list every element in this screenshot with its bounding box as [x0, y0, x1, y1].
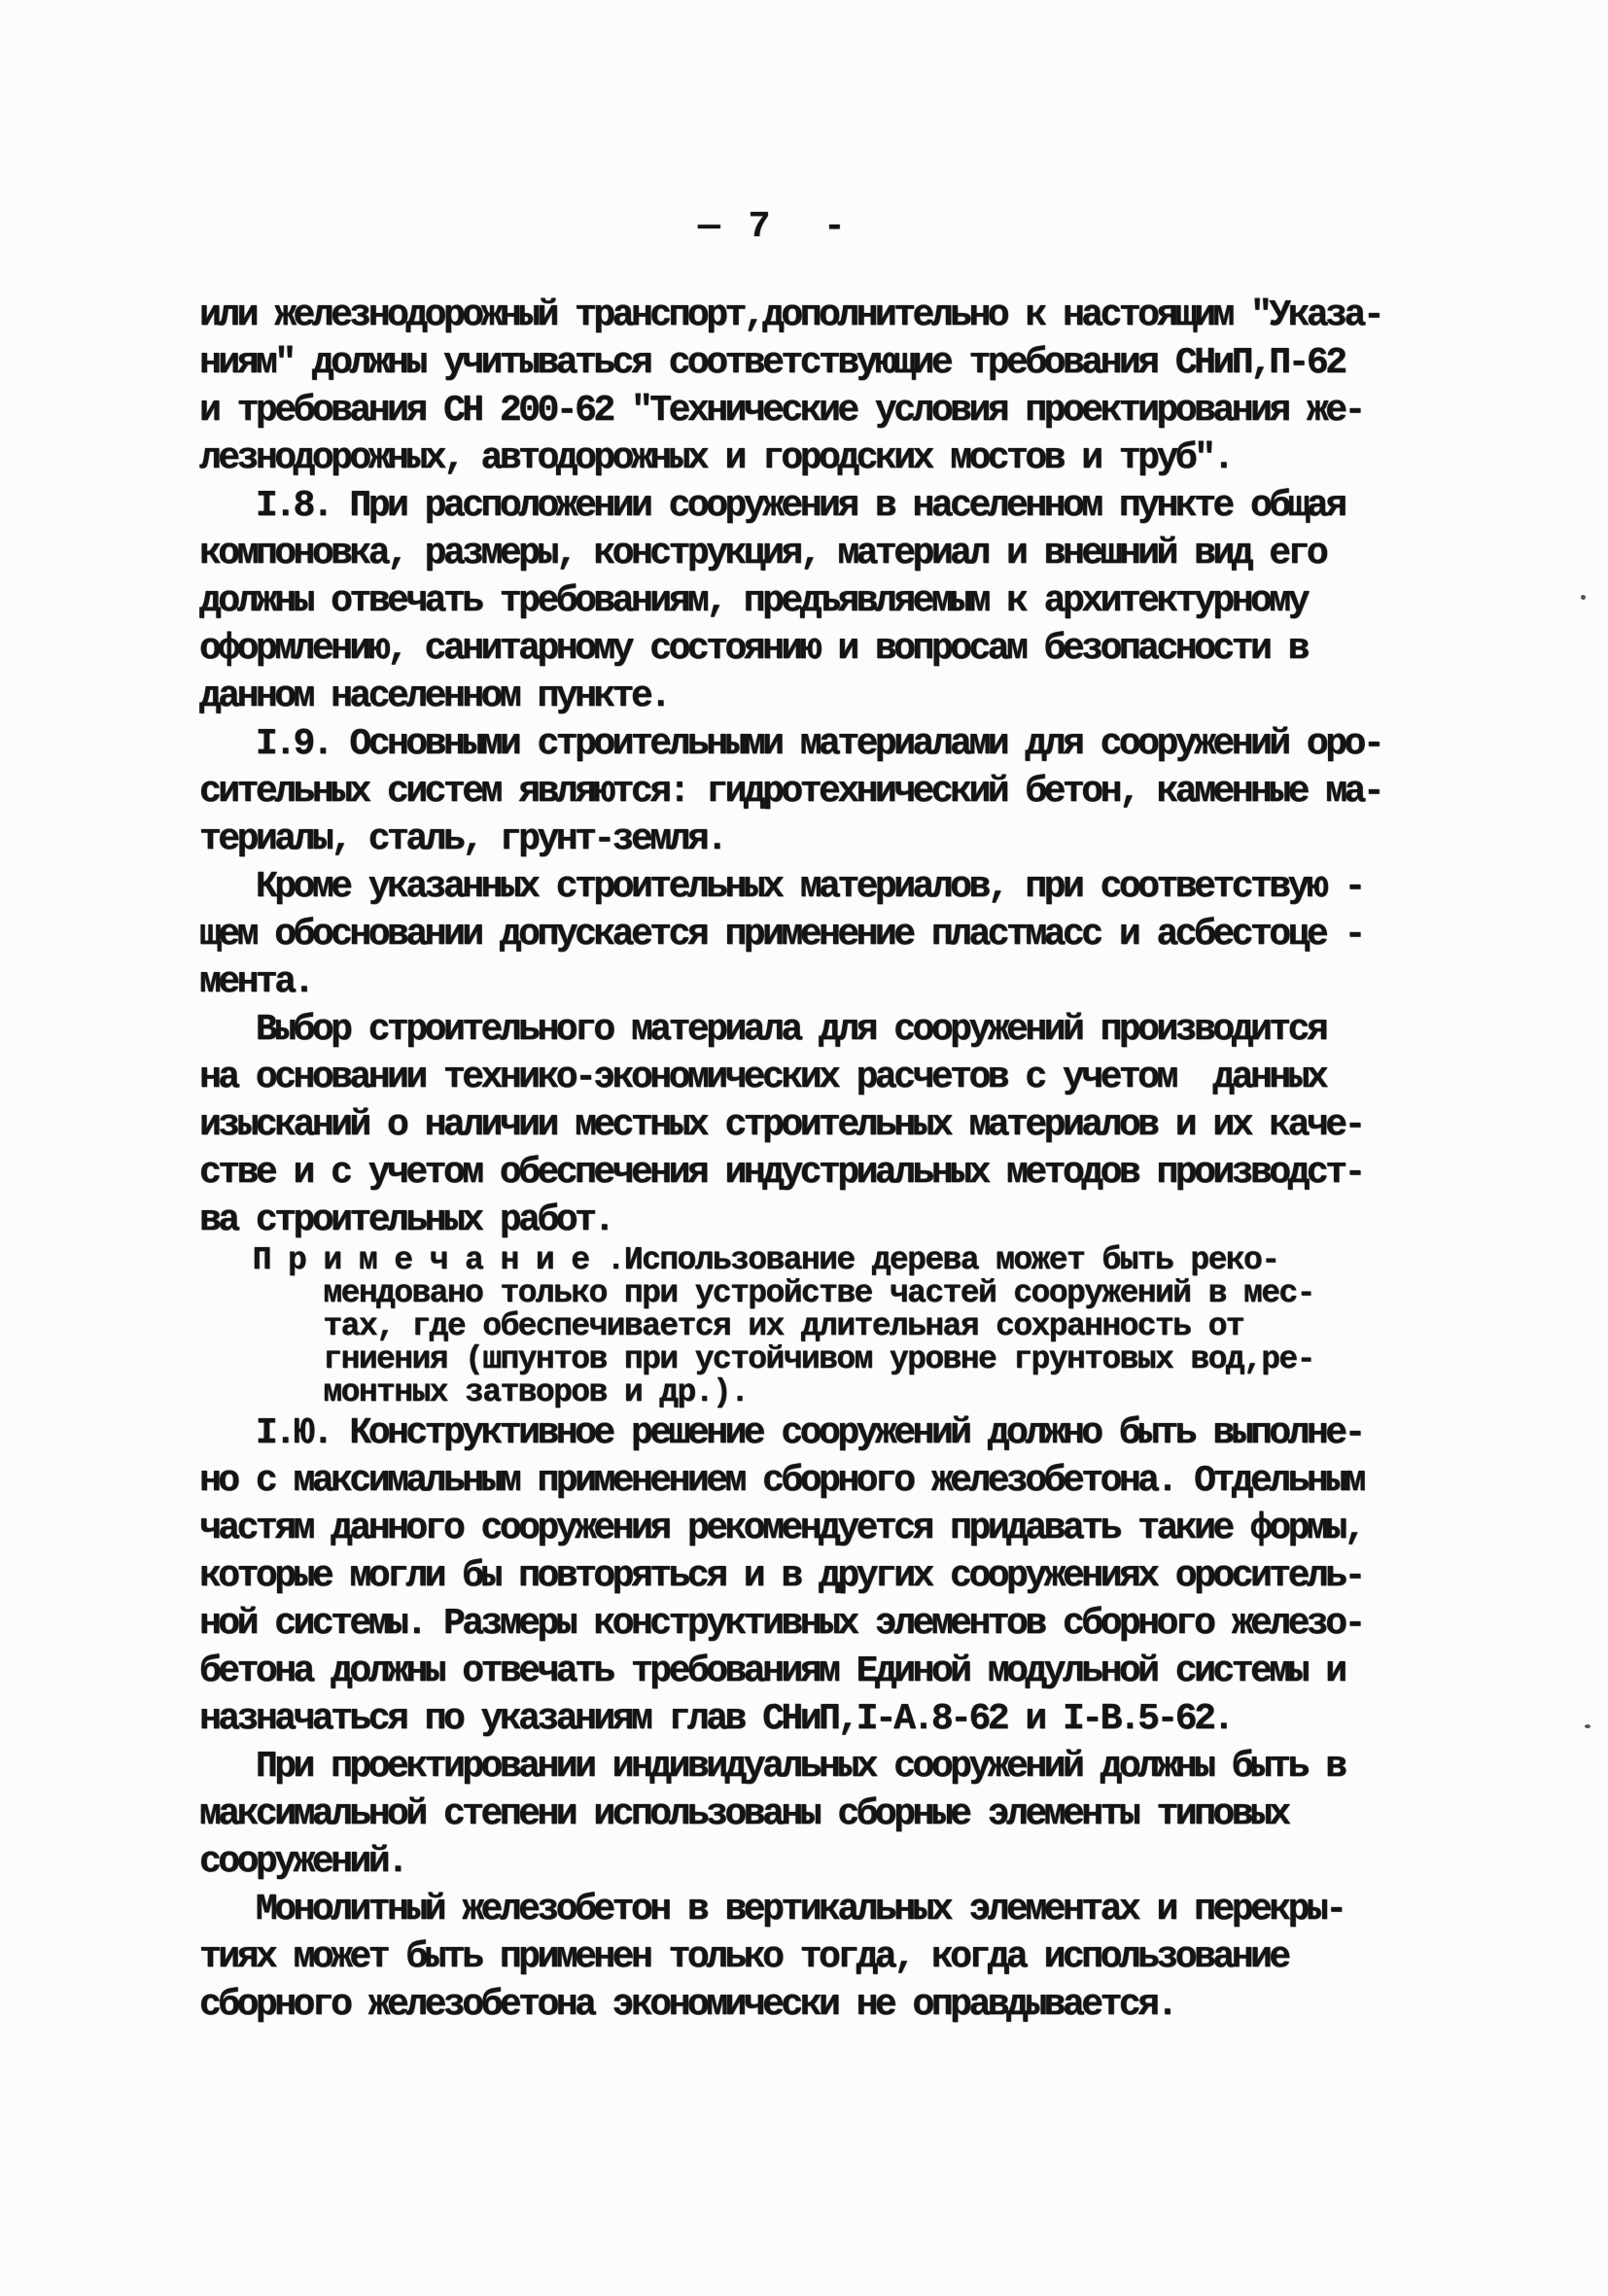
text-line: сительных систем являются: гидротехничес…	[199, 768, 1473, 816]
text-line: I.8. При расположении сооружения в насел…	[199, 482, 1473, 530]
scan-speck	[1581, 595, 1586, 600]
text-line: Выбор строительного материала для сооруж…	[199, 1006, 1473, 1054]
text-line: данном населенном пункте.	[199, 673, 1473, 720]
text-line: Кроме указанных строительных материалов,…	[199, 863, 1473, 911]
text-line: должны отвечать требованиям, предъявляем…	[199, 577, 1473, 625]
text-line: компоновка, размеры, конструкция, матери…	[199, 530, 1473, 577]
note-line: мендовано только при устройстве частей с…	[199, 1277, 1473, 1310]
text-line: Монолитный железобетон в вертикальных эл…	[199, 1886, 1473, 1933]
note-line: гниения (шпунтов при устойчивом уровне г…	[199, 1343, 1473, 1376]
text-line: тиях может быть применен только тогда, к…	[199, 1933, 1473, 1981]
text-line: назначаться по указаниям глав СНиП,I-А.8…	[199, 1695, 1473, 1743]
scan-speck	[1585, 1724, 1591, 1728]
text-line: ной системы. Размеры конструктивных элем…	[199, 1600, 1473, 1648]
text-line: ниям" должны учитываться соответствующие…	[199, 339, 1473, 387]
text-line: оформлению, санитарному состоянию и вопр…	[199, 625, 1473, 673]
note-line: монтных затворов и др.).	[199, 1376, 1473, 1409]
text-line: сборного железобетона экономически не оп…	[199, 1981, 1473, 2029]
text-line: или железнодорожный транспорт,дополнител…	[199, 292, 1473, 339]
text-line: I.Ю. Конструктивное решение сооружений д…	[199, 1409, 1473, 1457]
text-line: изысканий о наличии местных строительных…	[199, 1101, 1473, 1149]
text-line: бетона должны отвечать требованиям Едино…	[199, 1648, 1473, 1695]
text-line: на основании технико-экономических расче…	[199, 1054, 1473, 1101]
text-line: ва строительных работ.	[199, 1197, 1473, 1244]
text-line: I.9. Основными строительными материалами…	[199, 720, 1473, 768]
note-line: П р и м е ч а н и е .Использование дерев…	[199, 1244, 1473, 1277]
text-line: и требования СН 200-62 "Технические усло…	[199, 387, 1473, 435]
scanned-page: — 7 - или железнодорожный транспорт,допо…	[0, 0, 1608, 2296]
text-line: максимальной степени использованы сборны…	[199, 1791, 1473, 1838]
text-line: мента.	[199, 958, 1473, 1006]
text-line: териалы, сталь, грунт-земля.	[199, 816, 1473, 863]
text-line: сооружений.	[199, 1838, 1473, 1886]
text-line: которые могли бы повторяться и в других …	[199, 1552, 1473, 1600]
text-line: частям данного сооружения рекомендуется …	[199, 1505, 1473, 1552]
document-body: или железнодорожный транспорт,дополнител…	[199, 292, 1473, 2029]
text-line: лезнодорожных, автодорожных и городских …	[199, 435, 1473, 482]
note-line: тах, где обеспечивается их длительная со…	[199, 1310, 1473, 1343]
text-line: стве и с учетом обеспечения индустриальн…	[199, 1149, 1473, 1197]
text-line: щем обосновании допускается применение п…	[199, 911, 1473, 958]
text-line: но с максимальным применением сборного ж…	[199, 1457, 1473, 1505]
text-line: При проектировании индивидуальных сооруж…	[199, 1743, 1473, 1791]
page-number: — 7 -	[698, 206, 849, 248]
